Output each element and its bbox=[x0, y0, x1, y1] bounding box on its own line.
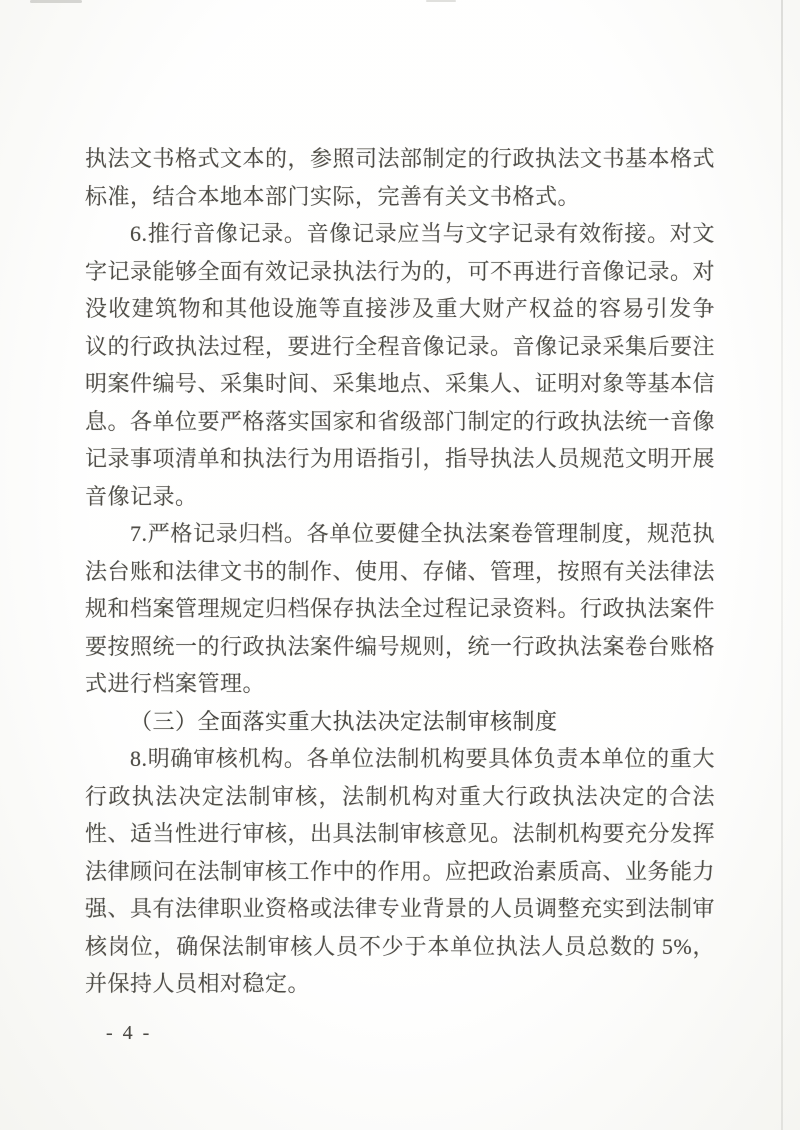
document-line: 议的行政执法过程，要进行全程音像记录。音像记录采集后要注 bbox=[85, 328, 715, 366]
document-line: 记录事项清单和执法行为用语指引，指导执法人员规范文明开展 bbox=[85, 440, 715, 478]
scan-artifact-top-smudge-left bbox=[30, 0, 82, 3]
document-line: 7.严格记录归档。各单位要健全执法案卷管理制度，规范执 bbox=[85, 515, 715, 553]
document-line: 式进行档案管理。 bbox=[85, 665, 715, 703]
document-line: 息。各单位要严格落实国家和省级部门制定的行政执法统一音像 bbox=[85, 403, 715, 441]
document-line: 音像记录。 bbox=[85, 478, 715, 516]
section-heading-line: （三）全面落实重大执法决定法制审核制度 bbox=[85, 703, 715, 741]
scanned-document-page: 执法文书格式文本的，参照司法部制定的行政执法文书基本格式标准，结合本地本部门实际… bbox=[0, 0, 800, 1130]
document-line: 6.推行音像记录。音像记录应当与文字记录有效衔接。对文 bbox=[85, 215, 715, 253]
document-line: 核岗位，确保法制审核人员不少于本单位执法人员总数的 5%， bbox=[85, 928, 715, 966]
page-number: - 4 - bbox=[106, 1022, 152, 1045]
document-line: 8.明确审核机构。各单位法制机构要具体负责本单位的重大 bbox=[85, 740, 715, 778]
document-line: 执法文书格式文本的，参照司法部制定的行政执法文书基本格式 bbox=[85, 140, 715, 178]
document-line: 字记录能够全面有效记录执法行为的，可不再进行音像记录。对 bbox=[85, 253, 715, 291]
scan-artifact-top-smudge-center bbox=[426, 0, 456, 2]
document-line: 法律顾问在法制审核工作中的作用。应把政治素质高、业务能力 bbox=[85, 853, 715, 891]
document-body: 执法文书格式文本的，参照司法部制定的行政执法文书基本格式标准，结合本地本部门实际… bbox=[85, 140, 715, 1003]
document-line: 强、具有法律职业资格或法律专业背景的人员调整充实到法制审 bbox=[85, 890, 715, 928]
scan-artifact-right-edge-line bbox=[781, 0, 783, 1130]
document-line: 没收建筑物和其他设施等直接涉及重大财产权益的容易引发争 bbox=[85, 290, 715, 328]
document-line: 明案件编号、采集时间、采集地点、采集人、证明对象等基本信 bbox=[85, 365, 715, 403]
document-line: 要按照统一的行政执法案件编号规则，统一行政执法案卷台账格 bbox=[85, 628, 715, 666]
document-line: 标准，结合本地本部门实际，完善有关文书格式。 bbox=[85, 178, 715, 216]
document-line: 行政执法决定法制审核，法制机构对重大行政执法决定的合法 bbox=[85, 778, 715, 816]
document-line: 性、适当性进行审核，出具法制审核意见。法制机构要充分发挥 bbox=[85, 815, 715, 853]
document-line: 规和档案管理规定归档保存执法全过程记录资料。行政执法案件 bbox=[85, 590, 715, 628]
document-line: 法台账和法律文书的制作、使用、存储、管理，按照有关法律法 bbox=[85, 553, 715, 591]
document-line: 并保持人员相对稳定。 bbox=[85, 965, 715, 1003]
